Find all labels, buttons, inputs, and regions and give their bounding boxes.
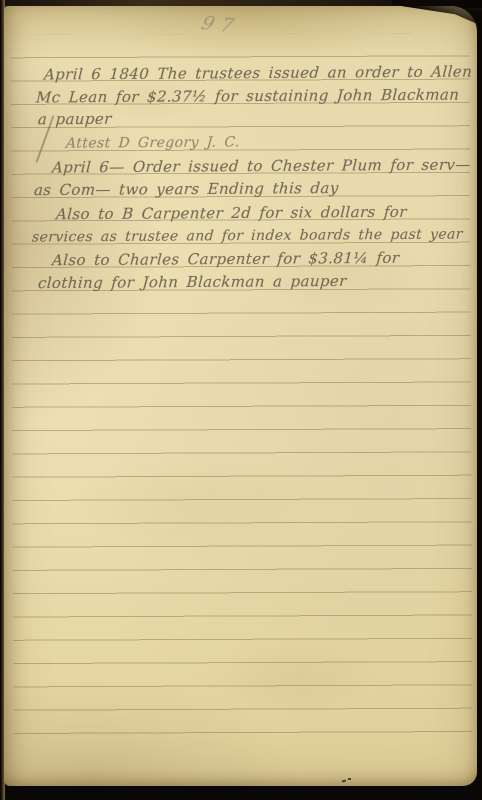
handwritten-line: services as trustee and for index boards… xyxy=(31,224,463,247)
page-number: 97 xyxy=(199,12,243,37)
handwritten-line: Also to Charles Carpenter for $3.81¼ for xyxy=(51,248,400,270)
handwritten-line: clothing for John Blackman a pauper xyxy=(37,271,347,293)
handwritten-line: Mc Lean for $2.37½ for sustaining John B… xyxy=(35,85,460,108)
handwritten-line: April 6— Order issued to Chester Plum fo… xyxy=(51,155,471,178)
handwritten-line-attest: Attest D Gregory J. C. xyxy=(65,132,240,153)
handwritten-line: as Com— two years Ending this day xyxy=(33,178,339,200)
handwritten-line: Also to B Carpenter 2d for six dollars f… xyxy=(55,202,407,224)
ledger-page-photo: 97 April 6 1840 The trustees issued an o… xyxy=(0,0,482,800)
handwritten-line: a pauper xyxy=(37,109,112,130)
handwritten-line: April 6 1840 The trustees issued an orde… xyxy=(43,62,472,85)
stray-ink-mark xyxy=(342,778,351,782)
ledger-page: 97 April 6 1840 The trustees issued an o… xyxy=(4,6,477,786)
handwriting-layer: 97 April 6 1840 The trustees issued an o… xyxy=(4,6,477,786)
